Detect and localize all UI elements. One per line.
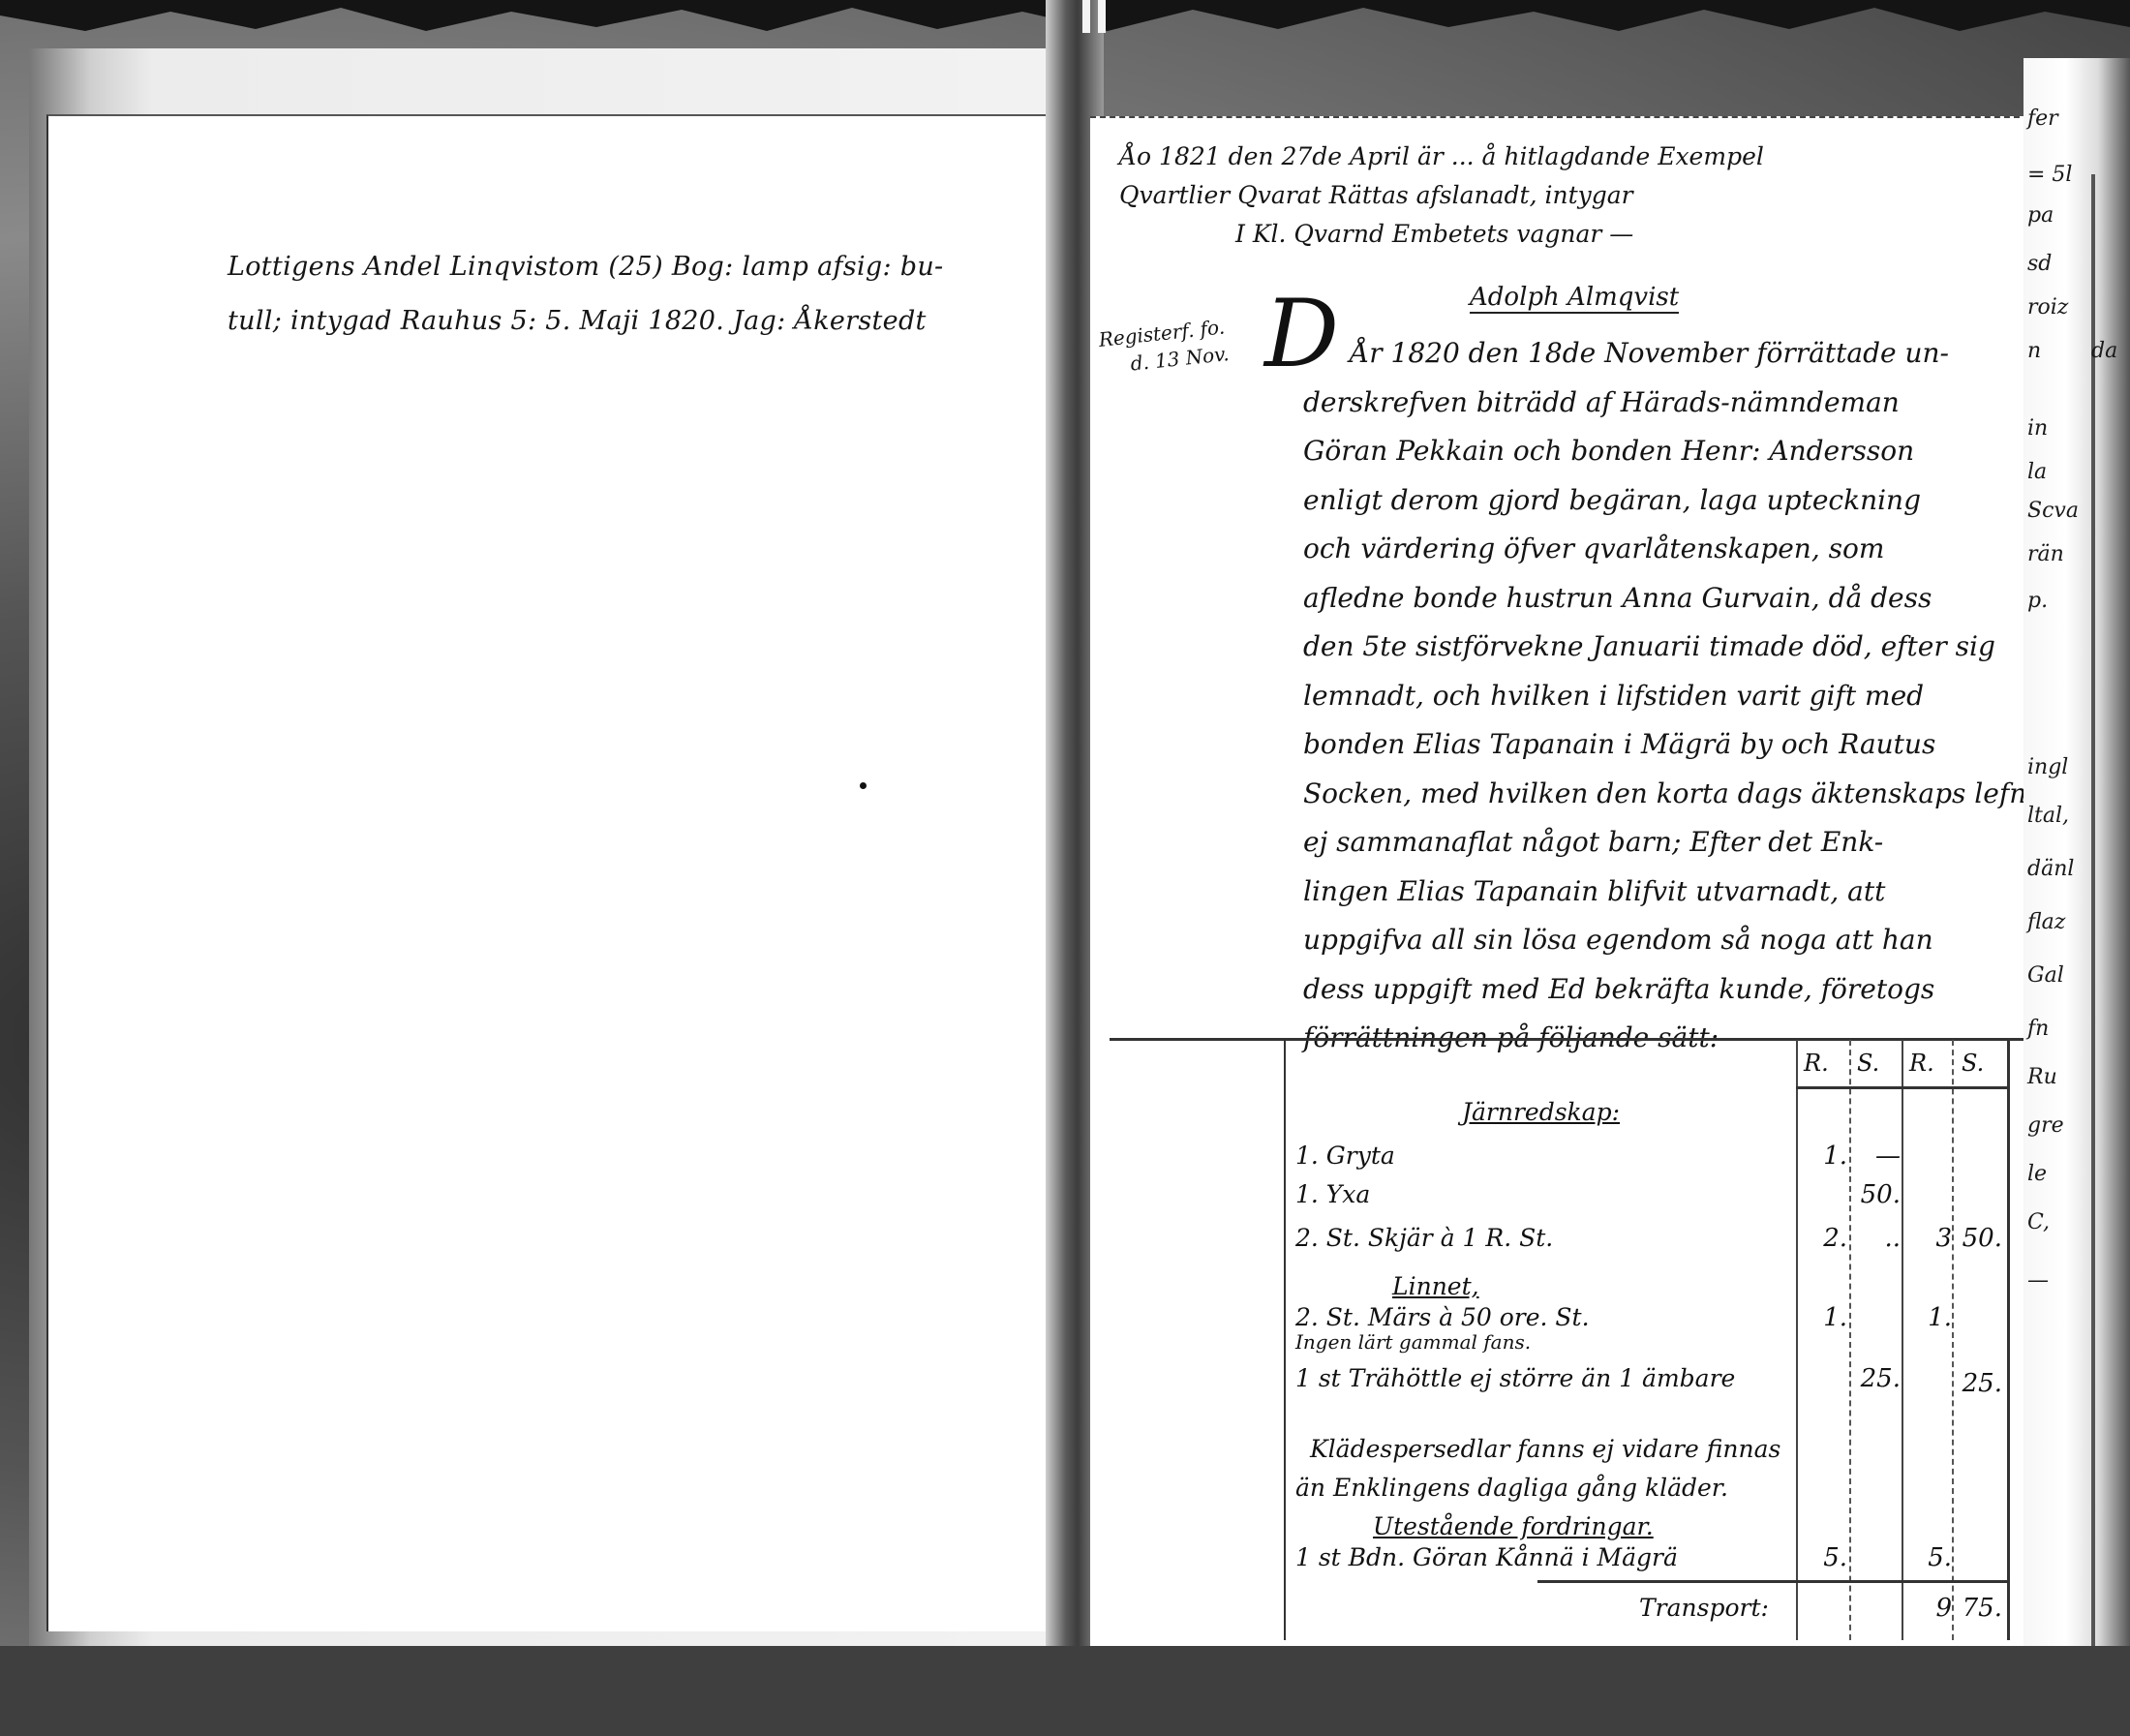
amount-cell: 1. [1894,1303,1952,1332]
inventory-preamble: År 1820 den 18de November förrättade un-… [1303,329,2130,1063]
left-page: Lottigens Andel Linqvistom (25) Bog: lam… [46,114,1060,1631]
edge-fragment: da [2091,339,2117,363]
body-line: År 1820 den 18de November förrättade un- [1350,329,2130,379]
amount-cell: .. [1842,1224,1901,1253]
signature: Adolph Almqvist [1470,283,1679,312]
amount-cell: 3 [1894,1224,1952,1253]
body-line: bonden Elias Tapanain i Mägrä by och Rau… [1303,720,2130,770]
amount-cell: 25. [1842,1364,1901,1393]
left-page-note: Lottigens Andel Linqvistom (25) Bog: lam… [228,240,1060,349]
table-row: 2. St. Skjär à 1 R. St. [1295,1224,1553,1252]
body-line: afledne bonde hustrun Anna Gurvain, då d… [1303,574,2130,624]
amount-cell: 5. [1894,1543,1952,1572]
body-line: Göran Pekkain och bonden Henr: Andersson [1303,427,2130,476]
edge-fragment: Scva [2027,499,2079,523]
body-line: den 5te sistförvekne Januarii timade död… [1303,623,2130,672]
ink-spot [860,782,867,789]
table-row: än Enklingens dagliga gång kläder. [1295,1474,1728,1502]
body-line: och värdering öfver qvarlåtenskapen, som [1303,525,2130,574]
edge-fragment: la [2027,460,2047,484]
table-row: Klädespersedlar fanns ej vidare finnas [1310,1435,1780,1463]
edge-fragment: roiz [2027,295,2068,320]
note-line: tull; intygad Rauhus 5: 5. Maji 1820. Ja… [228,294,1060,349]
scan-bottom-shadow [0,1646,2130,1736]
edge-fragment: fn [2027,1017,2049,1041]
section-heading: Linnet, [1392,1272,1479,1300]
note-line: Lottigens Andel Linqvistom (25) Bog: lam… [228,240,1060,294]
inventory-table: R. S. R. S. Järnredskap: 1. Gryta 1. — 1… [1284,1040,2010,1640]
header-line: I Kl. Qvarnd Embetets vagnar — [1235,215,1764,254]
amount-cell: — [1842,1142,1901,1171]
edge-fragment: p. [2027,589,2048,613]
transport-amount: 9 [1894,1594,1952,1623]
table-row: 1. Yxa [1295,1180,1370,1208]
body-line: uppgifva all sin lösa egendom så noga at… [1303,916,2130,965]
header-line: Åo 1821 den 27de April är ... å hitlagda… [1119,137,1764,176]
edge-fragment: Ru [2027,1065,2057,1089]
edge-fragment: gre [2027,1113,2064,1138]
body-line: Socken, med hvilken den korta dags äkten… [1303,770,2130,819]
edge-fragment: — [2027,1268,2049,1293]
column-header: S. [1857,1050,1879,1077]
edge-fragment: le [2027,1162,2047,1186]
table-row: 1 st Bdn. Göran Kånnä i Mägrä [1295,1543,1678,1571]
amount-cell: 25. [1944,1369,2002,1398]
page-edge-line [2091,174,2095,1685]
table-row: 1. Gryta [1295,1142,1395,1170]
body-line: lingen Elias Tapanain blifvit utvarnadt,… [1303,868,2130,917]
transport-rule [1537,1580,2007,1583]
column-header: R. [1909,1050,1934,1077]
column-divider [1952,1040,1954,1640]
binding-strap [1082,0,1090,33]
table-row: 2. St. Märs à 50 ore. St. [1295,1303,1590,1331]
amount-cell: 50. [1944,1224,2002,1253]
transport-label: Transport: [1639,1594,1769,1622]
amount-cell: 1. [1789,1142,1847,1171]
amount-cell: 5. [1789,1543,1847,1572]
edge-fragment: flaz [2027,910,2065,934]
table-row: 1 st Trähöttle ej större än 1 ämbare [1295,1364,1735,1392]
edge-fragment: ingl [2027,755,2068,779]
body-line: ej sammanaflat något barn; Efter det Enk… [1303,818,2130,868]
edge-fragment: sd [2027,252,2052,276]
section-heading: Järnredskap: [1286,1098,1796,1126]
edge-fragment: fer [2027,107,2058,131]
body-line: dess uppgift med Ed bekräfta kunde, före… [1303,965,2130,1015]
edge-fragment: = 5l [2027,163,2072,187]
margin-note: Registerf. fo. d. 13 Nov. [1097,313,1230,381]
edge-fragment: dänl [2027,857,2074,881]
column-divider [1849,1040,1851,1640]
edge-fragment: pa [2027,203,2054,228]
edge-fragment: C, [2027,1210,2050,1234]
edge-fragment: in [2027,416,2048,441]
certification-header: Åo 1821 den 27de April är ... å hitlagda… [1119,137,1764,254]
amount-cell: 2. [1789,1224,1847,1253]
amount-cell: 1. [1789,1303,1847,1332]
section-heading: Utestående fordringar. [1373,1512,1654,1540]
column-header: R. [1804,1050,1829,1077]
amount-cell: 50. [1842,1180,1901,1209]
table-row: Ingen lärt gammal fans. [1295,1330,1531,1354]
transport-amount: 75. [1944,1594,2002,1623]
header-line: Qvartlier Qvarat Rättas afslanadt, intyg… [1119,176,1764,215]
underlying-page-edge: fer = 5l pa sd roiz n da in la Scva rän … [2023,58,2130,1656]
right-page: Åo 1821 den 27de April är ... å hitlagda… [1090,116,2029,1653]
edge-fragment: ltal, [2027,804,2069,828]
edge-fragment: rän [2027,542,2064,566]
body-line: lemnadt, och hvilken i lifstiden varit g… [1303,672,2130,721]
edge-fragment: Gal [2027,963,2064,988]
body-line: derskrefven biträdd af Härads-nämndeman [1303,379,2130,428]
column-header: S. [1962,1050,1984,1077]
binding-strap [1098,0,1106,33]
header-rule [1796,1086,2007,1089]
edge-fragment: n [2027,339,2041,363]
body-line: enligt derom gjord begäran, laga upteckn… [1303,476,2130,526]
